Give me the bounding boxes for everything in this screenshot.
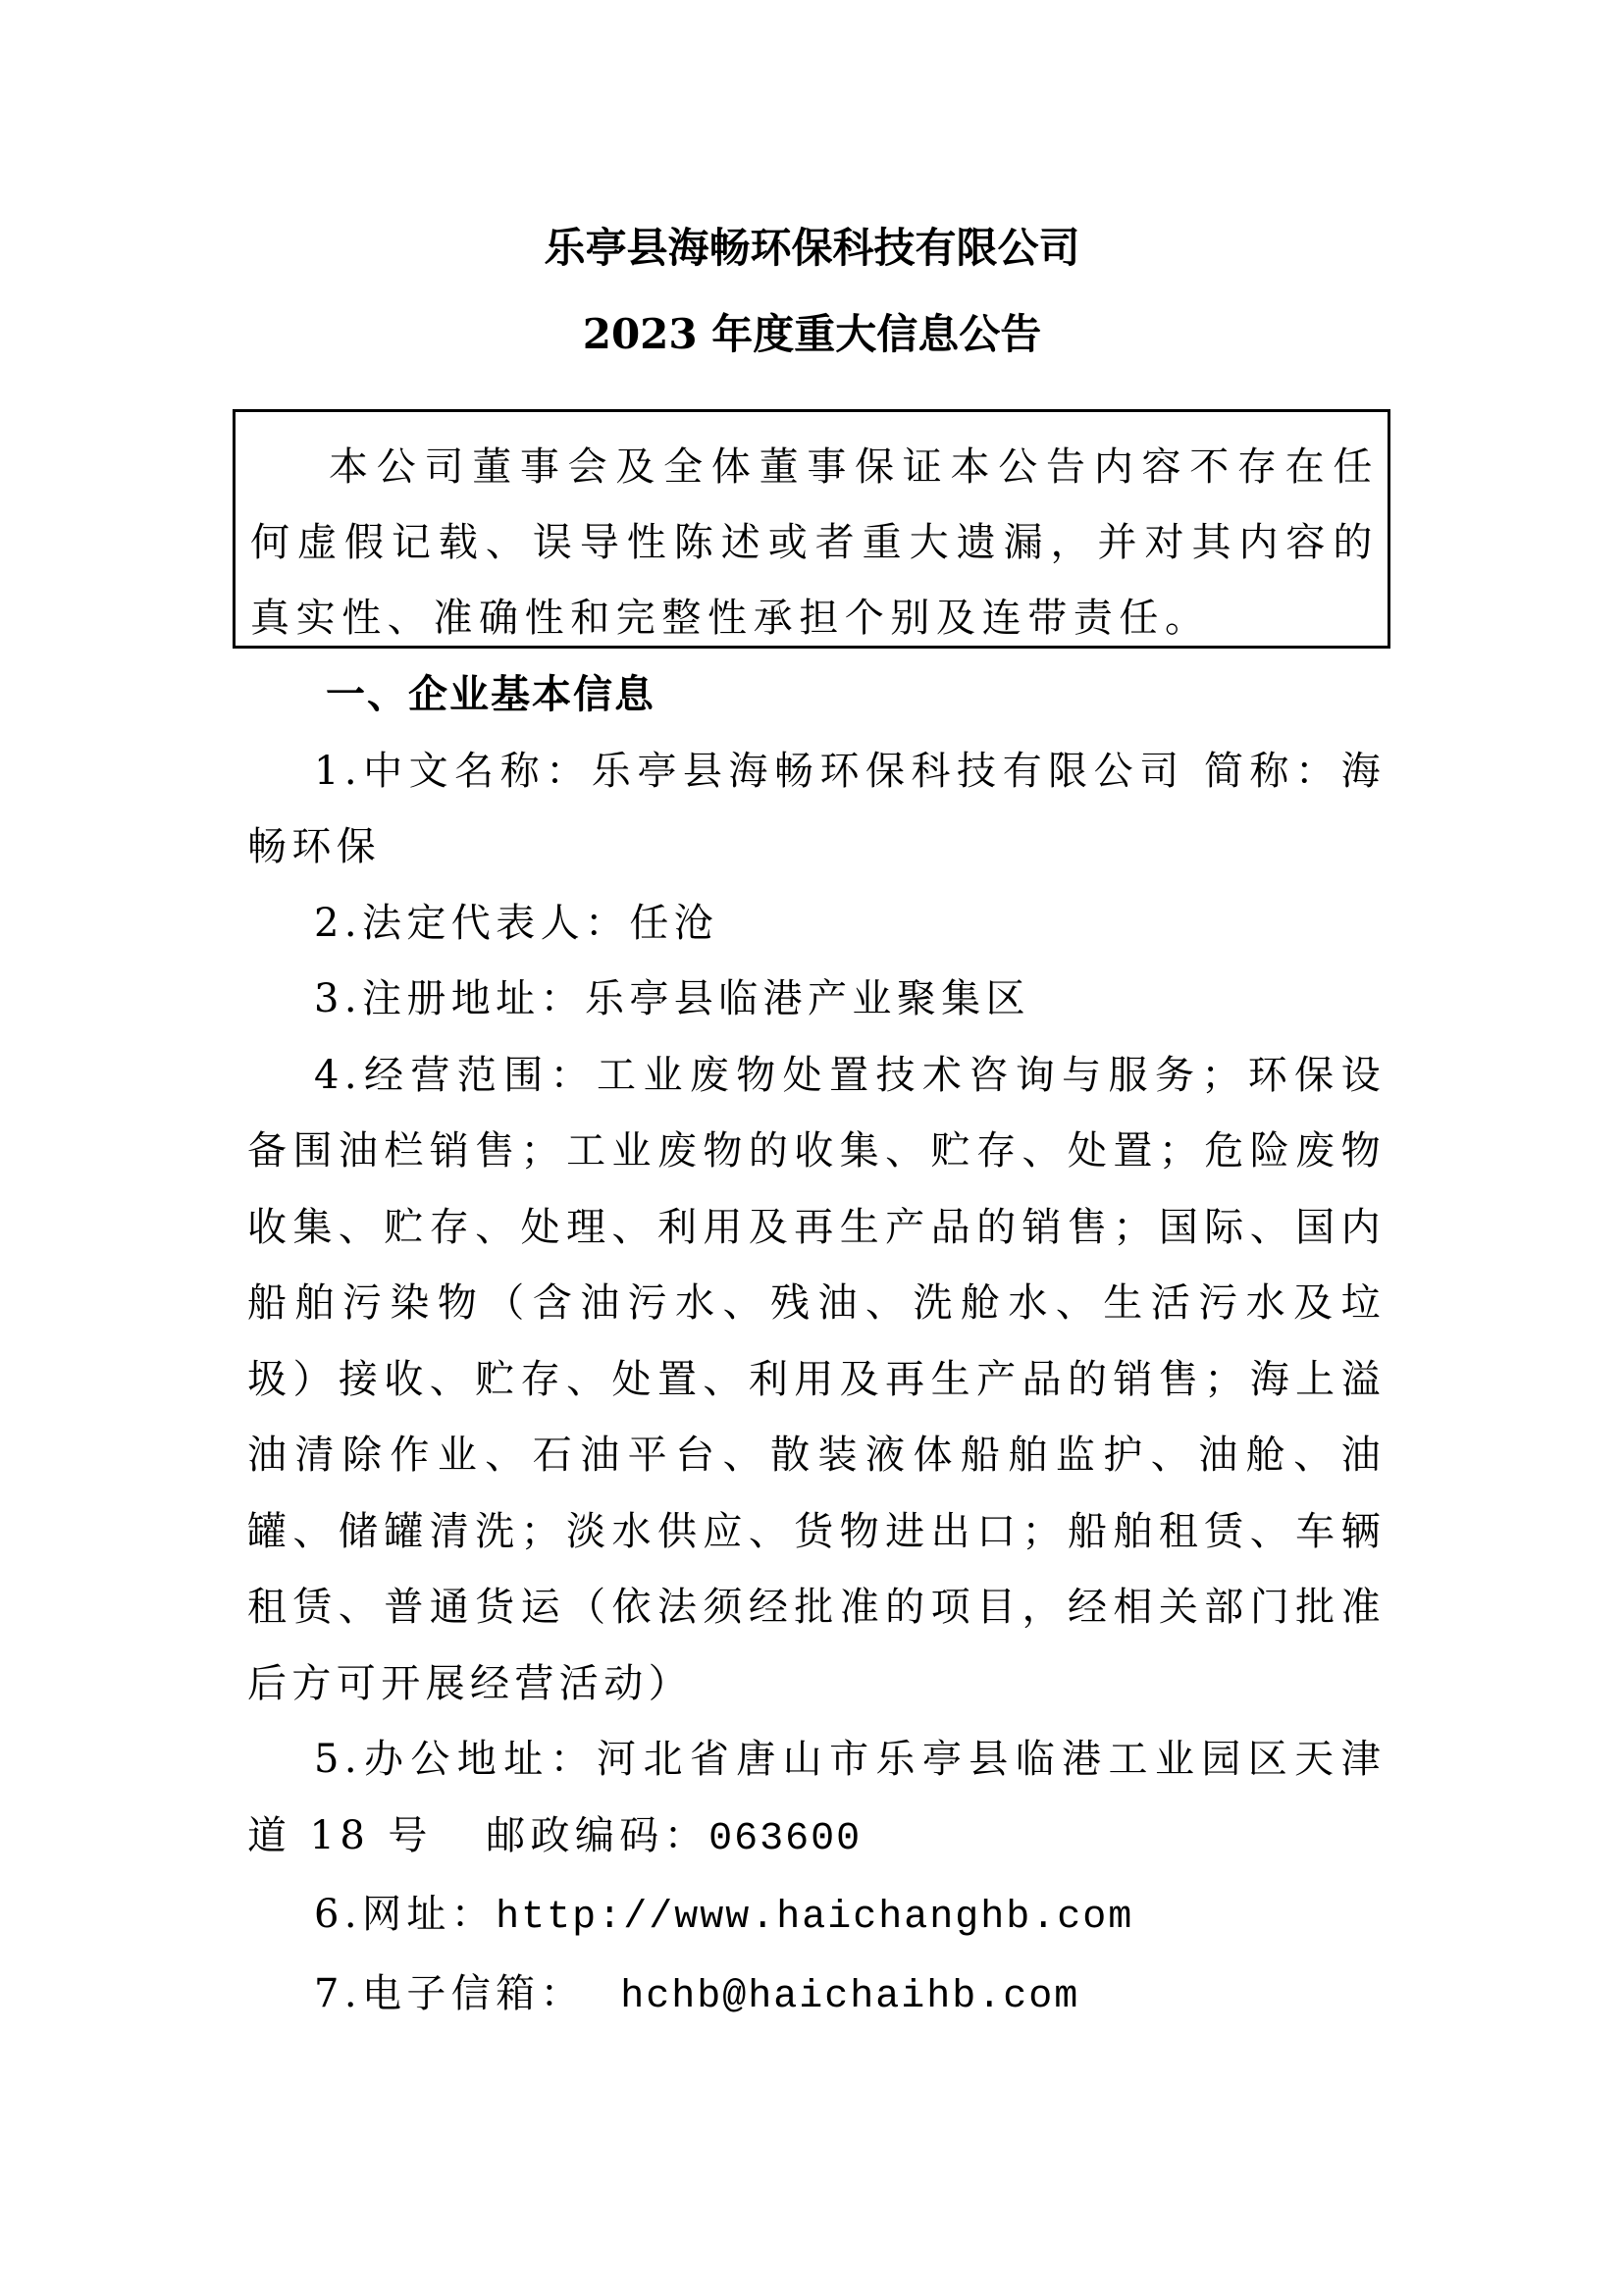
- postal-label: 邮政编码：: [486, 1813, 708, 1858]
- website-link[interactable]: http://www.haichanghb.com: [496, 1896, 1133, 1940]
- email-link[interactable]: hchb@haichaihb.com: [620, 1975, 1079, 2019]
- disclaimer-box: 本公司董事会及全体董事保证本公告内容不存在任何虚假记载、误导性陈述或者重大遗漏，…: [233, 409, 1390, 649]
- info-value: 工业废物处置技术咨询与服务；环保设备围油栏销售；工业废物的收集、贮存、处置；危险…: [247, 1053, 1386, 1706]
- info-label: 7.电子信箱：: [314, 1971, 585, 2016]
- info-item-email: 7.电子信箱： hchb@haichaihb.com: [247, 1956, 1386, 2036]
- document-body: 一、企业基本信息 1.中文名称：乐亭县海畅环保科技有限公司 简称：海畅环保 2.…: [247, 657, 1386, 2035]
- disclaimer-text: 本公司董事会及全体董事保证本公告内容不存在任何虚假记载、误导性陈述或者重大遗漏，…: [250, 430, 1379, 656]
- info-label: 6.网址：: [314, 1892, 496, 1937]
- company-title: 乐亭县海畅环保科技有限公司: [0, 216, 1624, 275]
- info-item-website: 6.网址：http://www.haichanghb.com: [247, 1877, 1386, 1956]
- info-item-office-address: 5.办公地址：河北省唐山市乐亭县临港工业园区天津道 18 号 邮政编码：0636…: [247, 1722, 1386, 1877]
- info-label: 3.注册地址：: [314, 976, 585, 1021]
- info-label: 4.经营范围：: [314, 1053, 597, 1098]
- section-heading-basic-info: 一、企业基本信息: [247, 657, 1386, 734]
- info-label: 5.办公地址：: [314, 1737, 597, 1782]
- info-value: 乐亭县临港产业聚集区: [585, 976, 1030, 1021]
- postal-code: 063600: [708, 1817, 862, 1861]
- info-item-legal-representative: 2.法定代表人：任沧: [247, 886, 1386, 963]
- info-label: 2.法定代表人：: [314, 901, 629, 946]
- info-label: 1.中文名称：: [314, 749, 592, 794]
- info-value: 任沧: [629, 901, 718, 946]
- document-page: 乐亭县海畅环保科技有限公司 2023 年度重大信息公告 本公司董事会及全体董事保…: [0, 0, 1624, 2295]
- info-item-registered-address: 3.注册地址：乐亭县临港产业聚集区: [247, 962, 1386, 1038]
- info-item-business-scope: 4.经营范围：工业废物处置技术咨询与服务；环保设备围油栏销售；工业废物的收集、贮…: [247, 1038, 1386, 1723]
- info-item-chinese-name: 1.中文名称：乐亭县海畅环保科技有限公司 简称：海畅环保: [247, 734, 1386, 886]
- announcement-title: 2023 年度重大信息公告: [0, 302, 1624, 361]
